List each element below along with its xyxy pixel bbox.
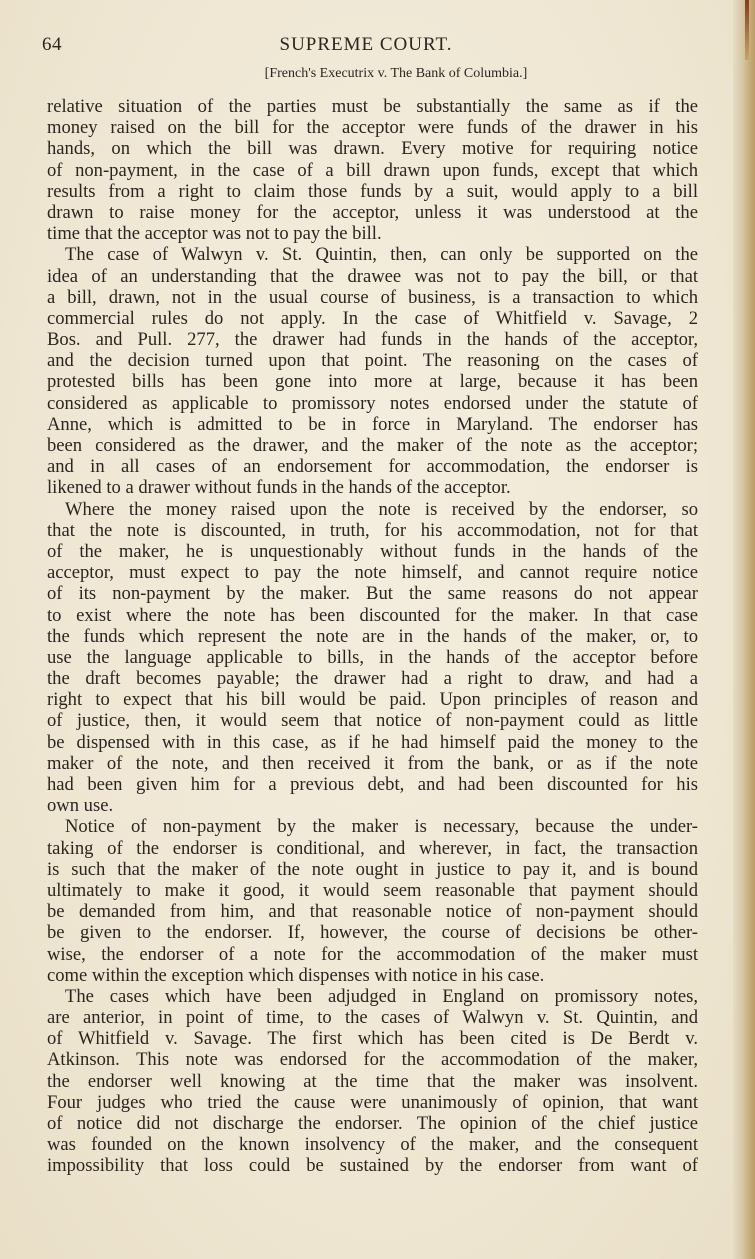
text-line: Where the money raised upon the note is … xyxy=(47,499,698,520)
text-line: commercial rules do not apply. In the ca… xyxy=(47,308,698,329)
text-line: results from a right to claim those fund… xyxy=(47,181,698,202)
book-page: 64 SUPREME COURT. [French's Executrix v.… xyxy=(0,0,755,1259)
paragraph: The case of Walwyn v. St. Quintin, then,… xyxy=(47,244,698,498)
text-line: hands, on which the bill was drawn. Ever… xyxy=(47,138,698,159)
text-line: be demanded from him, and that reasonabl… xyxy=(47,901,698,922)
text-line: are anterior, in point of time, to the c… xyxy=(47,1007,698,1028)
text-line: use the language applicable to bills, in… xyxy=(47,647,698,668)
text-line: wise, the endorser of a note for the acc… xyxy=(47,944,698,965)
text-line: idea of an understanding that the drawee… xyxy=(47,266,698,287)
book-spine-edge xyxy=(733,0,755,1259)
text-line: The cases which have been adjudged in En… xyxy=(47,986,698,1007)
text-line: a bill, drawn, not in the usual course o… xyxy=(47,287,698,308)
text-line: is such that the maker of the note ought… xyxy=(47,859,698,880)
text-line: relative situation of the parties must b… xyxy=(47,96,698,117)
text-line: come within the exception which dispense… xyxy=(47,965,698,986)
paragraph: The cases which have been adjudged in En… xyxy=(47,986,698,1177)
binding-mark xyxy=(745,0,749,60)
text-line: money raised on the bill for the accepto… xyxy=(47,117,698,138)
text-line: the draft becomes payable; the drawer ha… xyxy=(47,668,698,689)
text-line: taking of the endorser is conditional, a… xyxy=(47,838,698,859)
text-line: be dispensed with in this case, as if he… xyxy=(47,732,698,753)
body-text: relative situation of the parties must b… xyxy=(47,96,698,1177)
text-line: time that the acceptor was not to pay th… xyxy=(47,223,698,244)
text-line: of Whitfield v. Savage. The first which … xyxy=(47,1028,698,1049)
running-head: SUPREME COURT. xyxy=(42,34,690,56)
text-line: of non-payment, in the case of a bill dr… xyxy=(47,160,698,181)
page-header: 64 SUPREME COURT. xyxy=(42,34,690,64)
text-line: maker of the note, and then received it … xyxy=(47,753,698,774)
text-line: been considered as the drawer, and the m… xyxy=(47,435,698,456)
text-line: Atkinson. This note was endorsed for the… xyxy=(47,1049,698,1070)
text-line: The case of Walwyn v. St. Quintin, then,… xyxy=(47,244,698,265)
paragraph: Notice of non-payment by the maker is ne… xyxy=(47,816,698,986)
text-line: Bos. and Pull. 277, the drawer had funds… xyxy=(47,329,698,350)
paragraph: relative situation of the parties must b… xyxy=(47,96,698,244)
text-line: and the decision turned upon that point.… xyxy=(47,350,698,371)
text-line: of the maker, he is unquestionably witho… xyxy=(47,541,698,562)
text-line: was founded on the known insolvency of t… xyxy=(47,1134,698,1155)
case-title: [French's Executrix v. The Bank of Colum… xyxy=(42,66,690,82)
text-line: Four judges who tried the cause were una… xyxy=(47,1092,698,1113)
text-line: acceptor, must expect to pay the note hi… xyxy=(47,562,698,583)
text-line: and in all cases of an endorsement for a… xyxy=(47,456,698,477)
text-line: the funds which represent the note are i… xyxy=(47,626,698,647)
text-line: considered as applicable to promissory n… xyxy=(47,393,698,414)
text-line: had been given him for a previous debt, … xyxy=(47,774,698,795)
text-line: that the note is discounted, in truth, f… xyxy=(47,520,698,541)
text-line: own use. xyxy=(47,795,698,816)
text-line: be given to the endorser. If, however, t… xyxy=(47,922,698,943)
paragraph: Where the money raised upon the note is … xyxy=(47,499,698,817)
text-line: drawn to raise money for the acceptor, u… xyxy=(47,202,698,223)
text-line: Notice of non-payment by the maker is ne… xyxy=(47,816,698,837)
text-line: Anne, which is admitted to be in force i… xyxy=(47,414,698,435)
text-line: right to expect that his bill would be p… xyxy=(47,689,698,710)
text-line: of its non-payment by the maker. But the… xyxy=(47,583,698,604)
text-line: protested bills has been gone into more … xyxy=(47,371,698,392)
text-line: likened to a drawer without funds in the… xyxy=(47,477,698,498)
text-line: impossibility that loss could be sustain… xyxy=(47,1155,698,1176)
text-line: to exist where the note has been discoun… xyxy=(47,605,698,626)
text-line: of justice, then, it would seem that not… xyxy=(47,710,698,731)
text-line: the endorser well knowing at the time th… xyxy=(47,1071,698,1092)
text-line: ultimately to make it good, it would see… xyxy=(47,880,698,901)
text-line: of notice did not discharge the endorser… xyxy=(47,1113,698,1134)
